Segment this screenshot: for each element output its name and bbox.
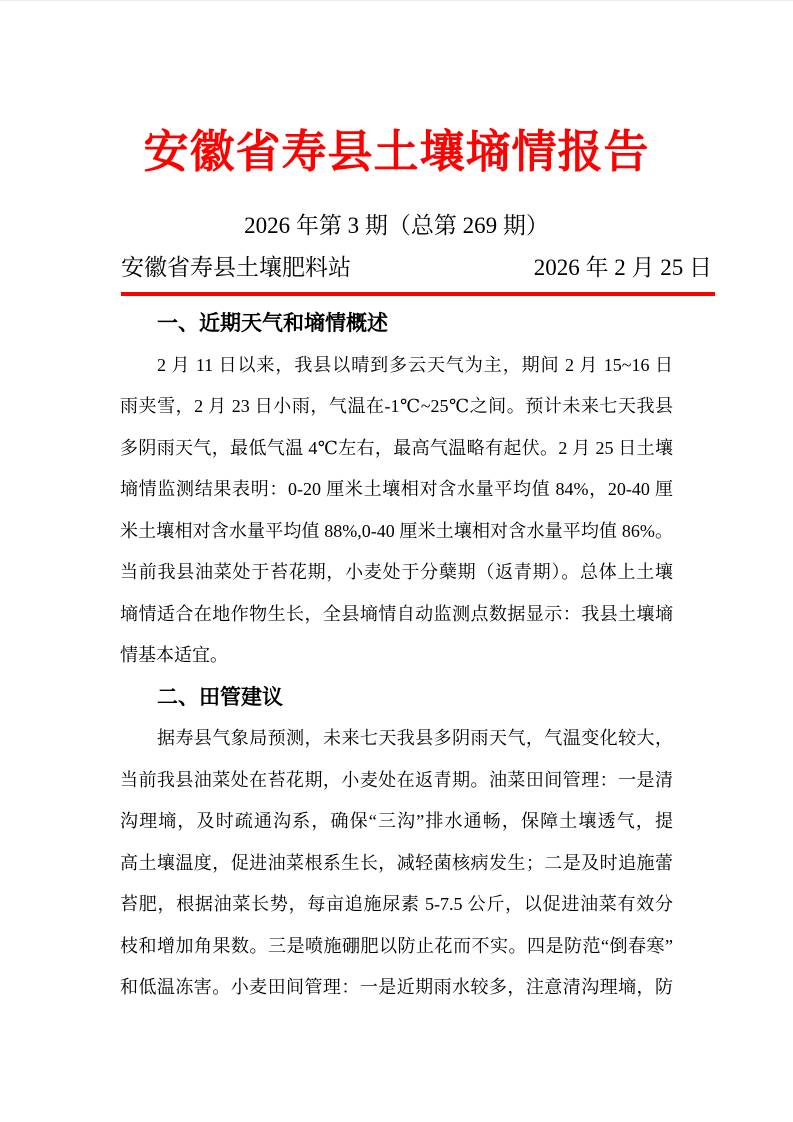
paragraph-line: 据寿县气象局预测，未来七天我县多阴雨天气，气温变化较大， bbox=[120, 718, 673, 760]
paragraph-line: 当前我县油菜处于苔花期，小麦处于分蘖期（返青期）。总体上土壤 bbox=[120, 552, 673, 594]
paragraph-line: 墒情监测结果表明：0-20 厘米土壤相对含水量平均值 84%，20-40 厘 bbox=[120, 469, 673, 511]
paragraph: 据寿县气象局预测，未来七天我县多阴雨天气，气温变化较大，当前我县油菜处在苔花期，… bbox=[120, 718, 673, 1009]
document-page: 安徽省寿县土壤墒情报告 2026 年第 3 期（总第 269 期） 安徽省寿县土… bbox=[0, 0, 793, 1122]
paragraph-line: 和低温冻害。小麦田间管理：一是近期雨水较多，注意清沟理墒，防 bbox=[120, 967, 673, 1009]
paragraph: 2 月 11 日以来，我县以晴到多云天气为主，期间 2 月 15~16 日雨夹雪… bbox=[120, 345, 673, 677]
publisher-row: 安徽省寿县土壤肥料站 2026 年 2 月 25 日 bbox=[121, 251, 712, 284]
paragraph-line: 多阴雨天气，最低气温 4℃左右，最高气温略有起伏。2 月 25 日土壤 bbox=[120, 428, 673, 470]
paragraph-line: 情基本适宜。 bbox=[120, 635, 673, 677]
paragraph-line: 米土壤相对含水量平均值 88%,0-40 厘米土壤相对含水量平均值 86%。 bbox=[120, 511, 673, 553]
issue-number-line: 2026 年第 3 期（总第 269 期） bbox=[0, 209, 793, 243]
paragraph-line: 雨夹雪，2 月 23 日小雨，气温在-1℃~25℃之间。预计未来七天我县 bbox=[120, 386, 673, 428]
paragraph-line: 沟理墒，及时疏通沟系，确保“三沟”排水通畅，保障土壤透气，提 bbox=[120, 801, 673, 843]
paragraph-line: 高土壤温度，促进油菜根系生长，减轻菌核病发生；二是及时追施蕾 bbox=[120, 843, 673, 885]
header-divider-rule bbox=[121, 292, 715, 296]
paragraph-line: 枝和增加角果数。三是喷施硼肥以防止花而不实。四是防范“倒春寒” bbox=[120, 926, 673, 968]
issue-date: 2026 年 2 月 25 日 bbox=[534, 251, 712, 284]
paragraph-line: 2 月 11 日以来，我县以晴到多云天气为主，期间 2 月 15~16 日 bbox=[120, 345, 673, 387]
section-heading: 二、田管建议 bbox=[120, 677, 673, 719]
document-body: 一、近期天气和墒情概述2 月 11 日以来，我县以晴到多云天气为主，期间 2 月… bbox=[120, 303, 673, 1009]
document-title: 安徽省寿县土壤墒情报告 bbox=[0, 127, 793, 177]
paragraph-line: 墒情适合在地作物生长，全县墒情自动监测点数据显示：我县土壤墒 bbox=[120, 594, 673, 636]
section-heading: 一、近期天气和墒情概述 bbox=[120, 303, 673, 345]
paragraph-line: 当前我县油菜处在苔花期，小麦处在返青期。油菜田间管理：一是清 bbox=[120, 760, 673, 802]
paragraph-line: 苔肥，根据油菜长势，每亩追施尿素 5-7.5 公斤，以促进油菜有效分 bbox=[120, 884, 673, 926]
publisher-name: 安徽省寿县土壤肥料站 bbox=[121, 251, 351, 284]
